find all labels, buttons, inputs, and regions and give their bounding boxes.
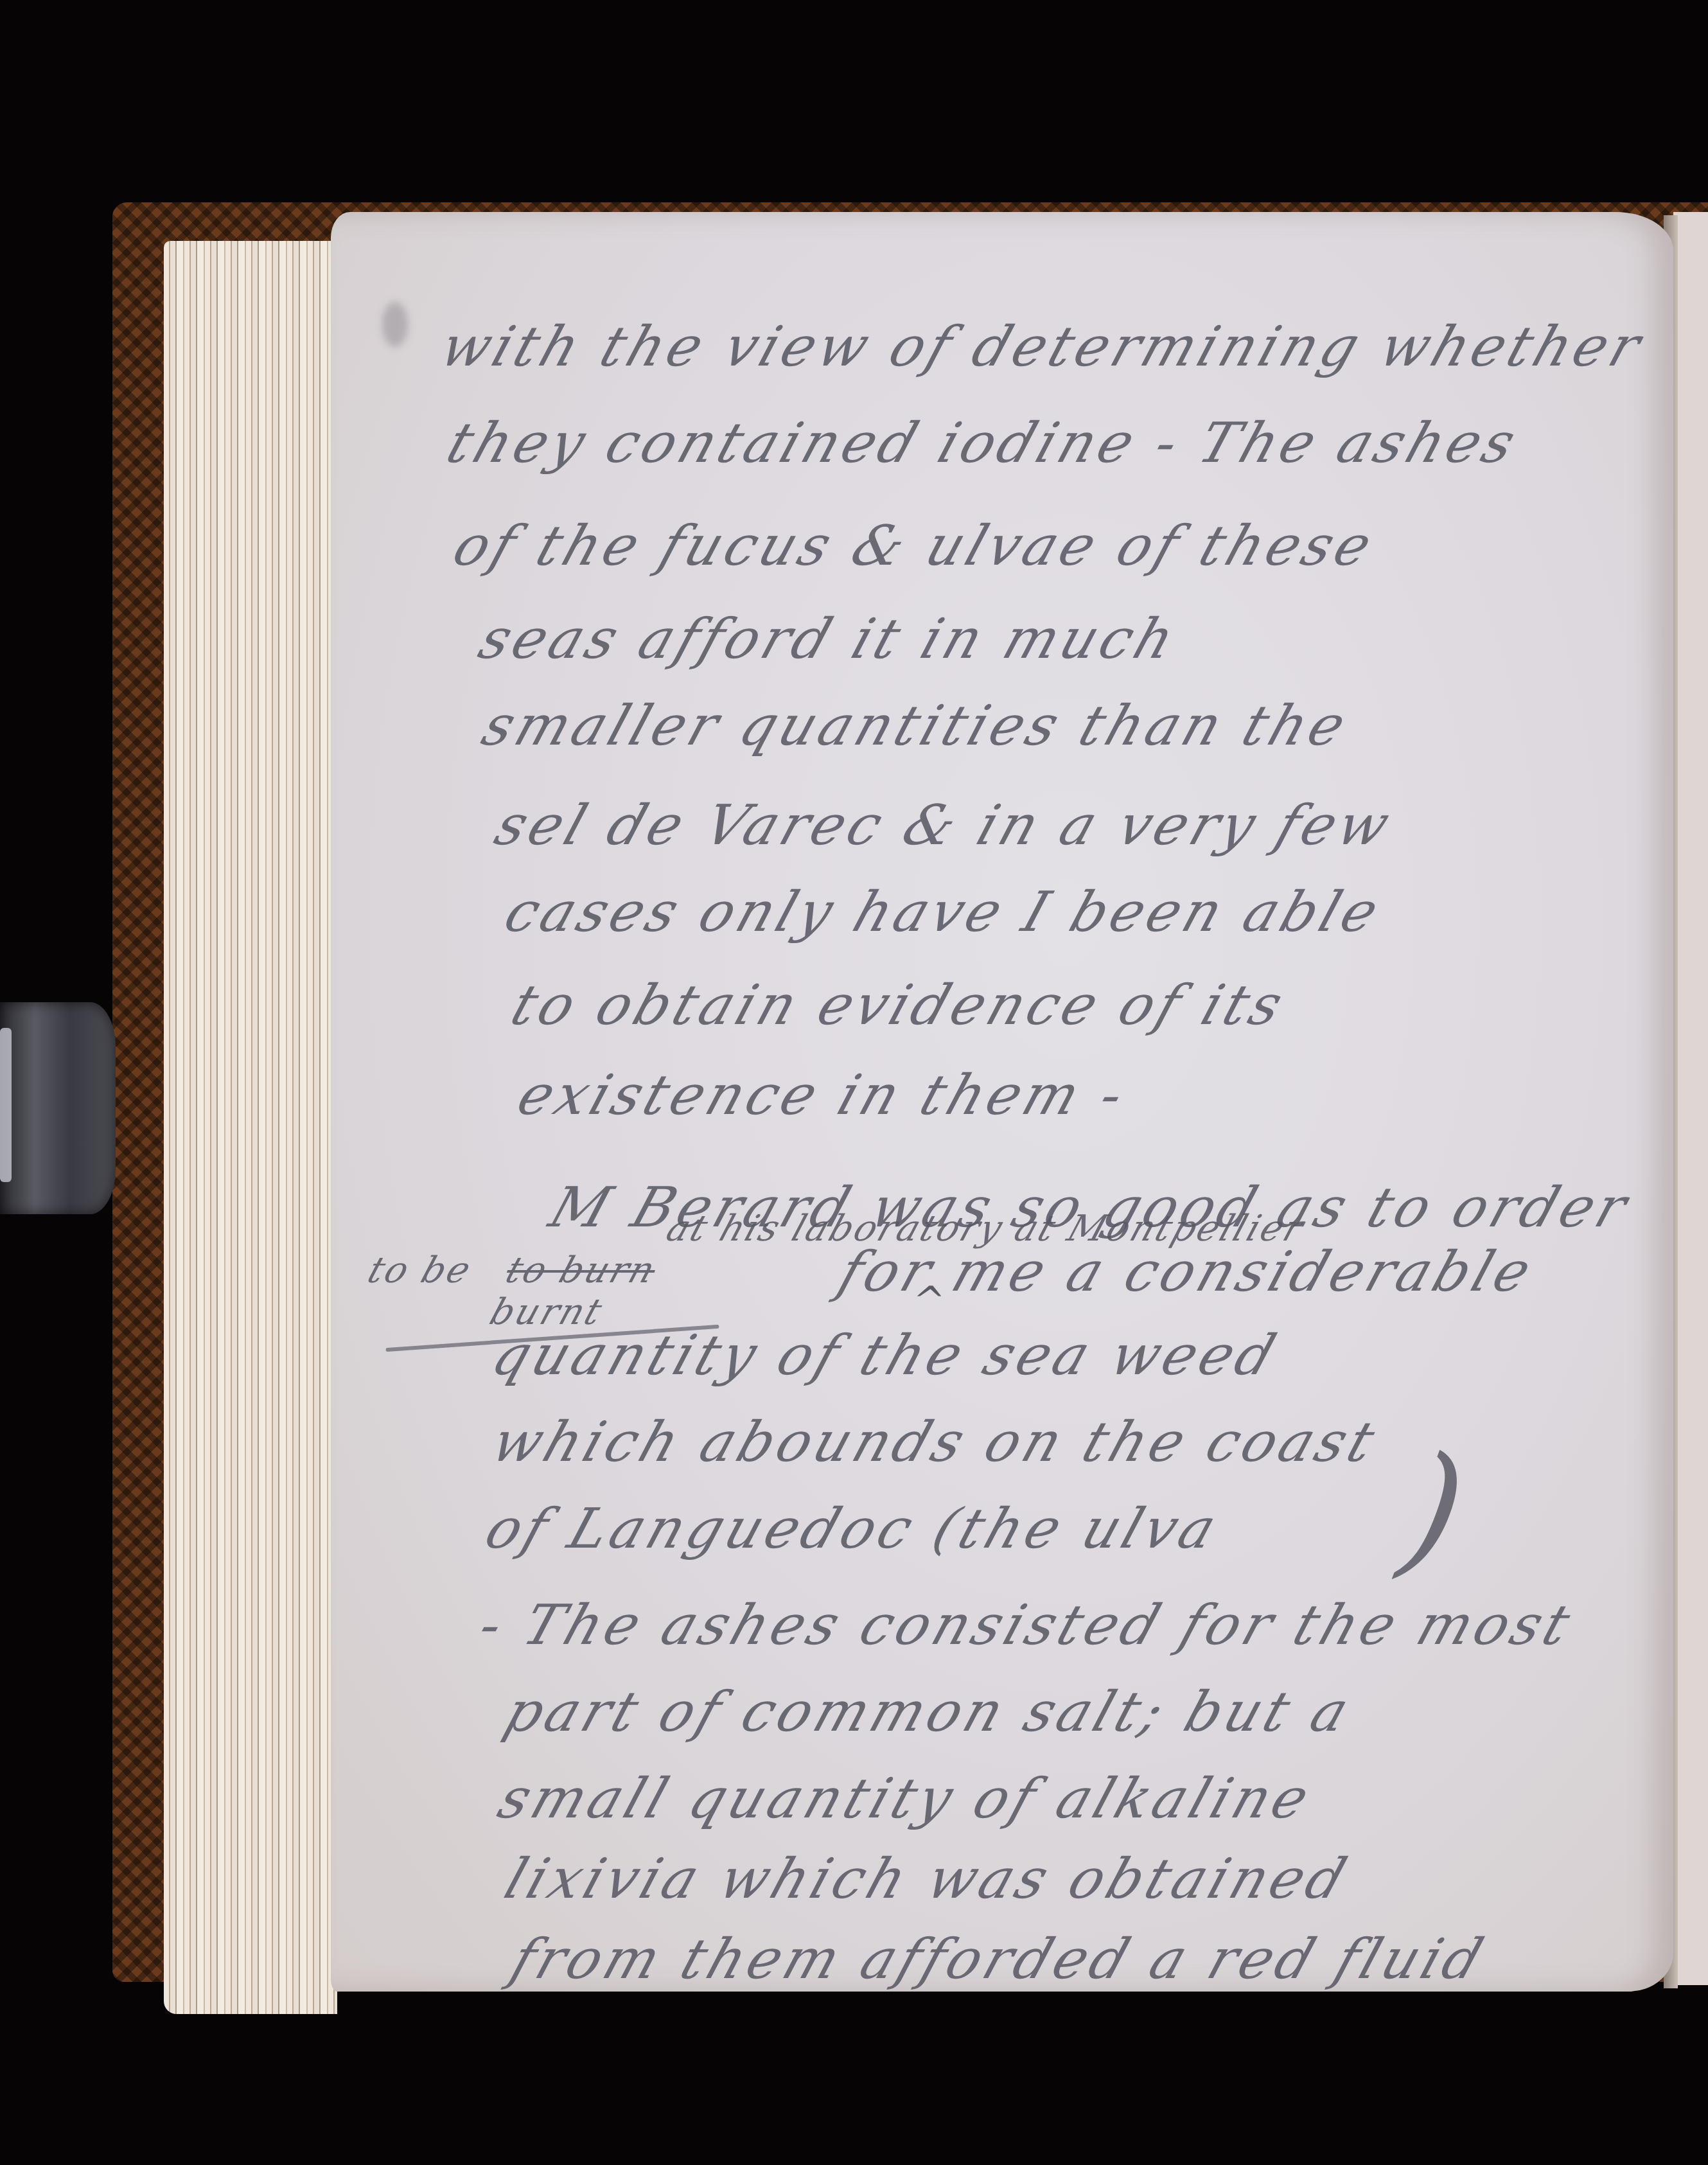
- metal-clasp: [0, 1002, 116, 1214]
- text-line-8: to obtain evidence of its: [504, 973, 1294, 1038]
- text-line-12: quantity of the sea weed: [484, 1323, 1287, 1388]
- text-line-1: with the view of determining whether: [433, 315, 1652, 379]
- text-line-6: sel de Varec & in a very few: [488, 793, 1401, 858]
- text-line-7: cases only have I been able: [497, 880, 1390, 944]
- text-line-5: smaller quantities than the: [475, 694, 1357, 758]
- text-line-9: existence in them -: [510, 1063, 1136, 1127]
- text-line-2: they contained iodine - The ashes: [439, 411, 1527, 475]
- text-line-14: of Languedoc (the ulva: [478, 1497, 1228, 1561]
- struck-through-text: to burn: [500, 1250, 662, 1291]
- facing-page-edge: [1673, 212, 1708, 1985]
- text-line-11: for me a considerable: [831, 1240, 1543, 1304]
- text-line-3: of the fucus & ulvae of these: [446, 514, 1384, 578]
- text-line-13: which abounds on the coast: [484, 1410, 1386, 1474]
- text-line-18: lixivia which was obtained: [497, 1847, 1357, 1911]
- smudge-mark: [382, 302, 408, 347]
- text-line-15: - The ashes consisted for the most: [471, 1593, 1581, 1657]
- page-edges-stack: [164, 241, 337, 2014]
- text-line-17: small quantity of alkaline: [491, 1767, 1321, 1831]
- text-line-4: seas afford it in much: [471, 607, 1186, 671]
- text-line-16: part of common salt; but a: [497, 1680, 1360, 1744]
- margin-note: to be: [362, 1250, 477, 1291]
- text-line-19: from them afforded a red fluid: [504, 1927, 1494, 1992]
